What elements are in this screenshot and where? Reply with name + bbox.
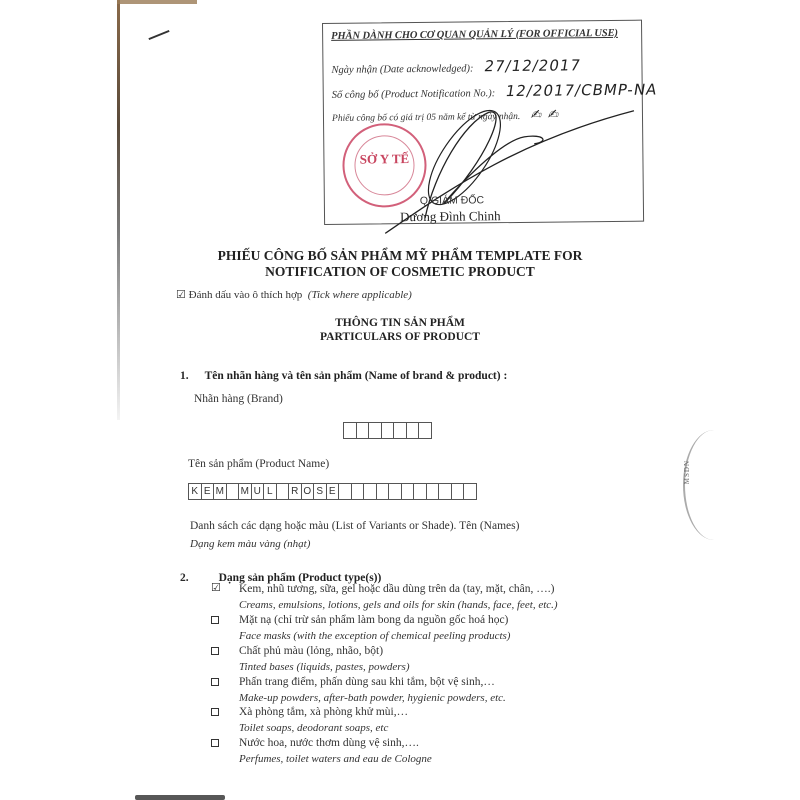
product-name-cell[interactable]: K (189, 483, 202, 500)
section2-number: 2. (180, 572, 189, 584)
option-label-en: Face masks (with the exception of chemic… (239, 630, 510, 642)
official-use-box: PHẦN DÀNH CHO CƠ QUAN QUẢN LÝ (FOR OFFIC… (322, 20, 644, 225)
product-name-cell[interactable]: E (327, 483, 340, 500)
product-name-cell[interactable] (377, 483, 390, 500)
partial-stamp-right (683, 430, 745, 540)
director-name: Dương Đình Chinh (400, 208, 501, 225)
unchecked-checkbox-icon[interactable] (211, 708, 219, 716)
page-top-edge (117, 0, 197, 4)
option-label-en: Make-up powders, after-bath powder, hygi… (239, 692, 506, 704)
product-type-option-soaps[interactable]: Xà phòng tắm, xà phòng khử mùi,… Toilet … (211, 706, 611, 738)
brand-cell[interactable] (394, 422, 407, 439)
product-type-option-face-masks[interactable]: Mặt nạ (chỉ trừ sản phẩm làm bong da ngu… (211, 614, 611, 646)
product-name-cell[interactable]: O (302, 483, 315, 500)
tick-note-en: (Tick where applicable) (308, 289, 412, 301)
product-name-cell[interactable] (414, 483, 427, 500)
product-type-option-tinted-bases[interactable]: Chất phủ màu (lỏng, nhão, bột) Tinted ba… (211, 645, 611, 677)
pen-mark (148, 30, 169, 40)
document-title-line1: PHIẾU CÔNG BỐ SẢN PHẨM MỸ PHẨM TEMPLATE … (0, 248, 800, 264)
product-name-cell[interactable]: R (289, 483, 302, 500)
product-name-cell[interactable] (227, 483, 240, 500)
brand-cells[interactable] (343, 422, 432, 439)
section1-heading-row: 1. Tên nhãn hàng và tên sản phẩm (Name o… (180, 366, 507, 384)
option-label-vn: Chất phủ màu (lỏng, nhão, bột) (239, 645, 383, 657)
product-name-cell[interactable]: S (314, 483, 327, 500)
unchecked-checkbox-icon[interactable] (211, 647, 219, 655)
checked-box-icon: ☑ (176, 289, 186, 301)
brand-cell[interactable] (344, 422, 357, 439)
scan-smudge (135, 795, 225, 800)
section1-heading: Tên nhãn hàng và tên sản phẩm (Name of b… (205, 370, 508, 382)
product-name-cell[interactable]: E (202, 483, 215, 500)
brand-cell[interactable] (382, 422, 395, 439)
option-label-en: Toilet soaps, deodorant soaps, etc (239, 722, 388, 734)
option-label-vn: Mặt nạ (chỉ trừ sản phẩm làm bong da ngu… (239, 614, 508, 626)
product-name-cells[interactable]: K E M M U L R O S E (188, 483, 477, 500)
product-name-label: Tên sản phẩm (Product Name) (188, 458, 329, 470)
date-acknowledged-value: 27/12/2017 (483, 56, 582, 75)
section-title-vn: THÔNG TIN SẢN PHẨM (0, 317, 800, 329)
product-name-cell[interactable] (277, 483, 290, 500)
section-title-en: PARTICULARS OF PRODUCT (0, 331, 800, 343)
brand-cell[interactable] (407, 422, 420, 439)
product-name-cell[interactable]: M (214, 483, 227, 500)
option-label-vn: Kem, nhũ tương, sữa, gel hoặc dầu dùng t… (239, 583, 554, 595)
option-label-en: Creams, emulsions, lotions, gels and oil… (239, 599, 558, 611)
brand-cell[interactable] (419, 422, 432, 439)
unchecked-checkbox-icon[interactable] (211, 678, 219, 686)
brand-cell[interactable] (369, 422, 382, 439)
document-title-line2: NOTIFICATION OF COSMETIC PRODUCT (0, 264, 800, 280)
unchecked-checkbox-icon[interactable] (211, 739, 219, 747)
option-label-en: Tinted bases (liquids, pastes, powders) (239, 661, 410, 673)
partial-stamp-text: MSDN (683, 460, 691, 484)
option-label-vn: Xà phòng tắm, xà phòng khử mùi,… (239, 706, 408, 718)
tick-note: ☑ Đánh dấu vào ô thích hợp (Tick where a… (176, 288, 412, 301)
product-name-cell[interactable] (427, 483, 440, 500)
page-left-edge (117, 0, 120, 420)
product-name-cell[interactable] (389, 483, 402, 500)
tick-note-vn: Đánh dấu vào ô thích hợp (189, 289, 303, 301)
product-name-cell[interactable] (452, 483, 465, 500)
product-type-option-perfumes[interactable]: Nước hoa, nước thơm dùng vệ sinh,…. Perf… (211, 737, 611, 769)
product-name-cell[interactable] (464, 483, 477, 500)
option-label-vn: Phấn trang điểm, phấn dùng sau khi tắm, … (239, 676, 495, 688)
variants-value: Dạng kem màu vàng (nhạt) (190, 538, 310, 550)
section1-number: 1. (180, 370, 189, 382)
product-name-cell[interactable] (352, 483, 365, 500)
variants-label: Danh sách các dạng hoặc màu (List of Var… (190, 520, 519, 532)
director-title: Q.GIÁM ĐỐC (420, 194, 484, 207)
product-name-cell[interactable]: M (239, 483, 252, 500)
product-name-cell[interactable] (339, 483, 352, 500)
date-acknowledged-row: Ngày nhận (Date acknowledged): 27/12/201… (331, 56, 580, 77)
product-name-cell[interactable]: L (264, 483, 277, 500)
product-name-cell[interactable]: U (252, 483, 265, 500)
official-use-heading: PHẦN DÀNH CHO CƠ QUAN QUẢN LÝ (FOR OFFIC… (331, 28, 618, 42)
brand-label: Nhãn hàng (Brand) (194, 393, 283, 405)
date-acknowledged-label: Ngày nhận (Date acknowledged): (331, 63, 473, 75)
product-name-cell[interactable] (364, 483, 377, 500)
option-label-en: Perfumes, toilet waters and eau de Colog… (239, 753, 432, 765)
brand-cell[interactable] (357, 422, 370, 439)
unchecked-checkbox-icon[interactable] (211, 616, 219, 624)
product-type-option-creams[interactable]: ☑ Kem, nhũ tương, sữa, gel hoặc dầu dùng… (211, 583, 611, 615)
option-label-vn: Nước hoa, nước thơm dùng vệ sinh,…. (239, 737, 419, 749)
product-name-cell[interactable] (402, 483, 415, 500)
checked-checkbox-icon[interactable]: ☑ (211, 583, 219, 591)
product-name-cell[interactable] (439, 483, 452, 500)
product-type-option-makeup-powders[interactable]: Phấn trang điểm, phấn dùng sau khi tắm, … (211, 676, 611, 708)
